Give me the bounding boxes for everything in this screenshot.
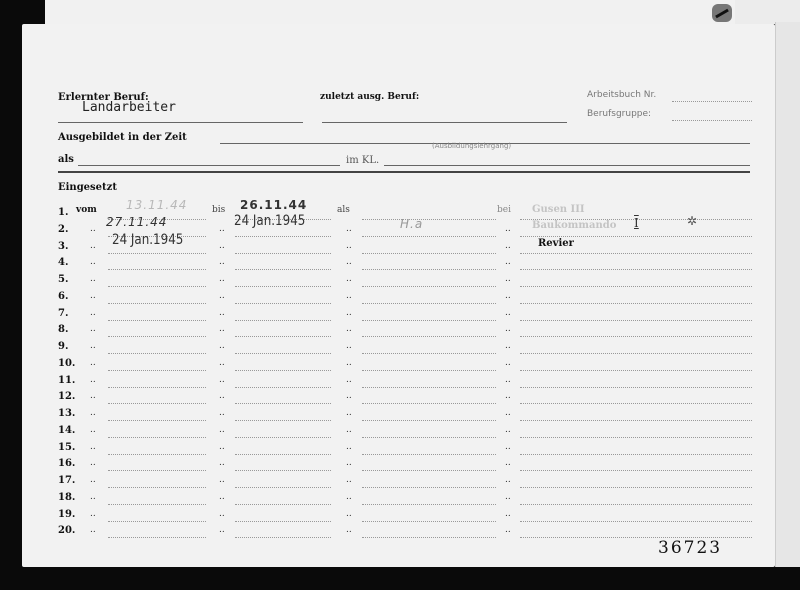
vom-field (108, 320, 206, 321)
ditto-mark: .. (219, 425, 225, 435)
row-number: 11. (58, 375, 78, 386)
table-row: 6......... (22, 291, 775, 308)
ditto-mark: .. (505, 274, 511, 284)
ditto-mark: .. (505, 408, 511, 418)
bis-field (235, 253, 331, 254)
row-number: 4. (58, 257, 78, 268)
row2-bei-value: Baukommando (532, 220, 616, 231)
als-field (362, 470, 496, 471)
ditto-mark: .. (90, 257, 96, 267)
vom-field (108, 504, 206, 505)
ditto-mark: .. (505, 509, 511, 519)
work-assignment-card: Erlernter Beruf: Landarbeiter zuletzt au… (22, 24, 775, 567)
im-kl-line (384, 165, 750, 166)
row-number: 14. (58, 425, 78, 436)
table-row: 11......... (22, 375, 775, 392)
bei-field (520, 253, 752, 254)
als-label: als (58, 154, 74, 165)
ditto-mark: .. (505, 492, 511, 502)
bis-field (235, 487, 331, 488)
star-mark-icon: ✲ (687, 214, 697, 228)
als-field (362, 537, 496, 538)
ditto-mark: .. (505, 224, 511, 234)
vom-field (108, 537, 206, 538)
ditto-mark: .. (505, 291, 511, 301)
als-field (362, 370, 496, 371)
table-row: 19......... (22, 509, 775, 526)
ditto-mark: .. (346, 408, 352, 418)
ditto-mark: .. (505, 458, 511, 468)
als-field (362, 403, 496, 404)
ditto-mark: .. (505, 324, 511, 334)
als-field (362, 504, 496, 505)
row-number: 3. (58, 241, 78, 252)
row-number: 2. (58, 224, 78, 235)
bis-field (235, 504, 331, 505)
ditto-mark: .. (219, 308, 225, 318)
ditto-mark: .. (219, 375, 225, 385)
ditto-mark: .. (505, 375, 511, 385)
ditto-mark: .. (90, 341, 96, 351)
row-number: 16. (58, 458, 78, 469)
als-field (362, 387, 496, 388)
als-field (362, 336, 496, 337)
bis-field (235, 236, 331, 237)
berufsgruppe-label: Berufsgruppe: (587, 109, 651, 119)
ausbildungslehrgang-label: (Ausbildungslehrgang) (432, 142, 511, 150)
ditto-mark: .. (90, 224, 96, 234)
ditto-mark: .. (90, 358, 96, 368)
bei-field (520, 521, 752, 522)
table-row: 5......... (22, 274, 775, 291)
row-number: 9. (58, 341, 78, 352)
als-field (362, 420, 496, 421)
vom-field (108, 470, 206, 471)
bis-field (235, 286, 331, 287)
arbeitsbuch-label: Arbeitsbuch Nr. (587, 90, 656, 100)
bei-field (520, 403, 752, 404)
row-number: 15. (58, 442, 78, 453)
als-line (78, 165, 340, 166)
section-divider (58, 171, 750, 173)
row1-bis-value: 26.11.44 (240, 198, 307, 212)
ditto-mark: .. (219, 475, 225, 485)
als-field (362, 219, 496, 220)
ditto-mark: .. (90, 241, 96, 251)
table-row: 12......... (22, 391, 775, 408)
serial-number: 36723 (658, 538, 722, 558)
ditto-mark: .. (219, 525, 225, 535)
ditto-mark: .. (346, 458, 352, 468)
als-field (362, 236, 496, 237)
row2-vom-value: 27.11.44 (106, 215, 167, 229)
row-number: 12. (58, 391, 78, 402)
table-row: 9......... (22, 341, 775, 358)
ditto-mark: .. (90, 308, 96, 318)
row-number: 1. (58, 207, 78, 218)
ditto-mark: .. (346, 375, 352, 385)
bis-field (235, 403, 331, 404)
ditto-mark: .. (346, 224, 352, 234)
bis-field (235, 320, 331, 321)
table-row: 18......... (22, 492, 775, 509)
row-number: 6. (58, 291, 78, 302)
ditto-mark: .. (346, 324, 352, 334)
ditto-mark: .. (219, 224, 225, 234)
bis-field (235, 336, 331, 337)
ditto-mark: .. (219, 291, 225, 301)
ditto-mark: .. (90, 274, 96, 284)
bei-field (520, 370, 752, 371)
als-field (362, 353, 496, 354)
row-number: 17. (58, 475, 78, 486)
als-field (362, 487, 496, 488)
ditto-mark: .. (505, 475, 511, 485)
ditto-mark: .. (346, 308, 352, 318)
bei-field (520, 336, 752, 337)
table-row: 13......... (22, 408, 775, 425)
ditto-mark: .. (346, 274, 352, 284)
ditto-mark: .. (219, 509, 225, 519)
ditto-mark: .. (505, 442, 511, 452)
ditto-mark: .. (219, 408, 225, 418)
table-row: 15......... (22, 442, 775, 459)
ditto-mark: .. (90, 509, 96, 519)
ditto-mark: .. (90, 291, 96, 301)
bis-field (235, 269, 331, 270)
vom-field (108, 437, 206, 438)
ditto-mark: .. (346, 241, 352, 251)
ditto-mark: .. (90, 375, 96, 385)
bei-field (520, 320, 752, 321)
vom-field (108, 336, 206, 337)
vom-field (108, 303, 206, 304)
bei-field (520, 303, 752, 304)
als-field (362, 286, 496, 287)
ditto-mark: .. (346, 291, 352, 301)
vom-field (108, 269, 206, 270)
row-number: 13. (58, 408, 78, 419)
ditto-mark: .. (90, 425, 96, 435)
vom-field (108, 420, 206, 421)
ditto-mark: .. (346, 257, 352, 267)
vom-field (108, 487, 206, 488)
bei-field (520, 286, 752, 287)
als-field (362, 454, 496, 455)
ditto-mark: .. (90, 391, 96, 401)
ausgebildet-label: Ausgebildet in der Zeit (58, 132, 187, 143)
row-number: 19. (58, 509, 78, 520)
bei-field (520, 437, 752, 438)
table-row: 14......... (22, 425, 775, 442)
ditto-mark: .. (505, 425, 511, 435)
table-row: 17......... (22, 475, 775, 492)
bis-field (235, 454, 331, 455)
row-number: 7. (58, 308, 78, 319)
bei-field (520, 420, 752, 421)
table-row: 8......... (22, 324, 775, 341)
row1-bei-value: Gusen III (532, 204, 585, 215)
vom-field (108, 286, 206, 287)
row3-vom-value: 24 Jan.1945 (112, 232, 183, 248)
table-row: 7......... (22, 308, 775, 325)
ditto-mark: .. (90, 442, 96, 452)
row2-bei-mark: I (634, 216, 639, 230)
bis-field (235, 437, 331, 438)
ditto-mark: .. (346, 425, 352, 435)
tab-marker-icon (712, 4, 732, 22)
vom-field (108, 403, 206, 404)
ditto-mark: .. (219, 492, 225, 502)
ditto-mark: .. (346, 442, 352, 452)
als-field (362, 437, 496, 438)
als-field (362, 320, 496, 321)
row1-vom-value: 13.11.44 (126, 198, 187, 212)
ditto-mark: .. (219, 358, 225, 368)
bei-field (520, 353, 752, 354)
vom-field (108, 353, 206, 354)
ditto-mark: .. (505, 391, 511, 401)
vom-field (108, 370, 206, 371)
bis-field (235, 537, 331, 538)
bis-field (235, 521, 331, 522)
ditto-mark: .. (219, 341, 225, 351)
table-row: 16......... (22, 458, 775, 475)
ditto-mark: .. (505, 308, 511, 318)
ditto-mark: .. (219, 241, 225, 251)
bis-field (235, 470, 331, 471)
bei-field (520, 387, 752, 388)
ditto-mark: .. (90, 525, 96, 535)
table-row: 4......... (22, 257, 775, 274)
vom-field (108, 454, 206, 455)
ditto-mark: .. (90, 324, 96, 334)
zuletzt-beruf-label: zuletzt ausg. Beruf: (320, 92, 419, 102)
bei-field (520, 470, 752, 471)
ditto-mark: .. (505, 257, 511, 267)
zuletzt-beruf-line (322, 122, 567, 123)
row-number: 20. (58, 525, 78, 536)
erlernter-beruf-value: Landarbeiter (82, 100, 176, 115)
ditto-mark: .. (346, 391, 352, 401)
bei-field (520, 269, 752, 270)
ditto-mark: .. (346, 341, 352, 351)
background-card-edge-right (735, 0, 800, 24)
row3-bei-value: Revier (538, 238, 574, 249)
vom-field (108, 521, 206, 522)
ditto-mark: .. (219, 274, 225, 284)
als-field (362, 253, 496, 254)
im-kl-label: im KL. (346, 155, 379, 166)
bei-field (520, 504, 752, 505)
ditto-mark: .. (346, 492, 352, 502)
ditto-mark: .. (90, 475, 96, 485)
ditto-mark: .. (219, 391, 225, 401)
bei-field (520, 454, 752, 455)
row2-bis-value: 24 Jan.1945 (234, 213, 305, 229)
row-number: 8. (58, 324, 78, 335)
bis-field (235, 387, 331, 388)
bis-field (235, 420, 331, 421)
adjacent-card-strip (775, 22, 800, 567)
ditto-mark: .. (90, 408, 96, 418)
berufsgruppe-line (672, 120, 752, 121)
ditto-mark: .. (505, 358, 511, 368)
ditto-mark: .. (505, 341, 511, 351)
ditto-mark: .. (346, 475, 352, 485)
ditto-mark: .. (505, 241, 511, 251)
ditto-mark: .. (346, 525, 352, 535)
table-row: 10......... (22, 358, 775, 375)
ditto-mark: .. (90, 492, 96, 502)
als-field (362, 269, 496, 270)
background-card-edge (45, 0, 735, 26)
bis-field (235, 303, 331, 304)
ditto-mark: .. (219, 257, 225, 267)
arbeitsbuch-line (672, 101, 752, 102)
eingesetzt-heading: Eingesetzt (58, 182, 117, 193)
row-number: 5. (58, 274, 78, 285)
row-number: 18. (58, 492, 78, 503)
ditto-mark: .. (219, 324, 225, 334)
erlernter-beruf-line (58, 122, 303, 123)
ditto-mark: .. (219, 458, 225, 468)
ditto-mark: .. (346, 358, 352, 368)
row-number: 10. (58, 358, 78, 369)
ditto-mark: .. (90, 458, 96, 468)
vom-field (108, 253, 206, 254)
als-field (362, 521, 496, 522)
ditto-mark: .. (346, 509, 352, 519)
bei-field (520, 487, 752, 488)
bis-field (235, 370, 331, 371)
bei-field (520, 236, 752, 237)
als-field (362, 303, 496, 304)
vom-field (108, 387, 206, 388)
ditto-mark: .. (505, 525, 511, 535)
ditto-mark: .. (219, 442, 225, 452)
row2-als-value: H.a (400, 217, 423, 231)
bis-field (235, 353, 331, 354)
